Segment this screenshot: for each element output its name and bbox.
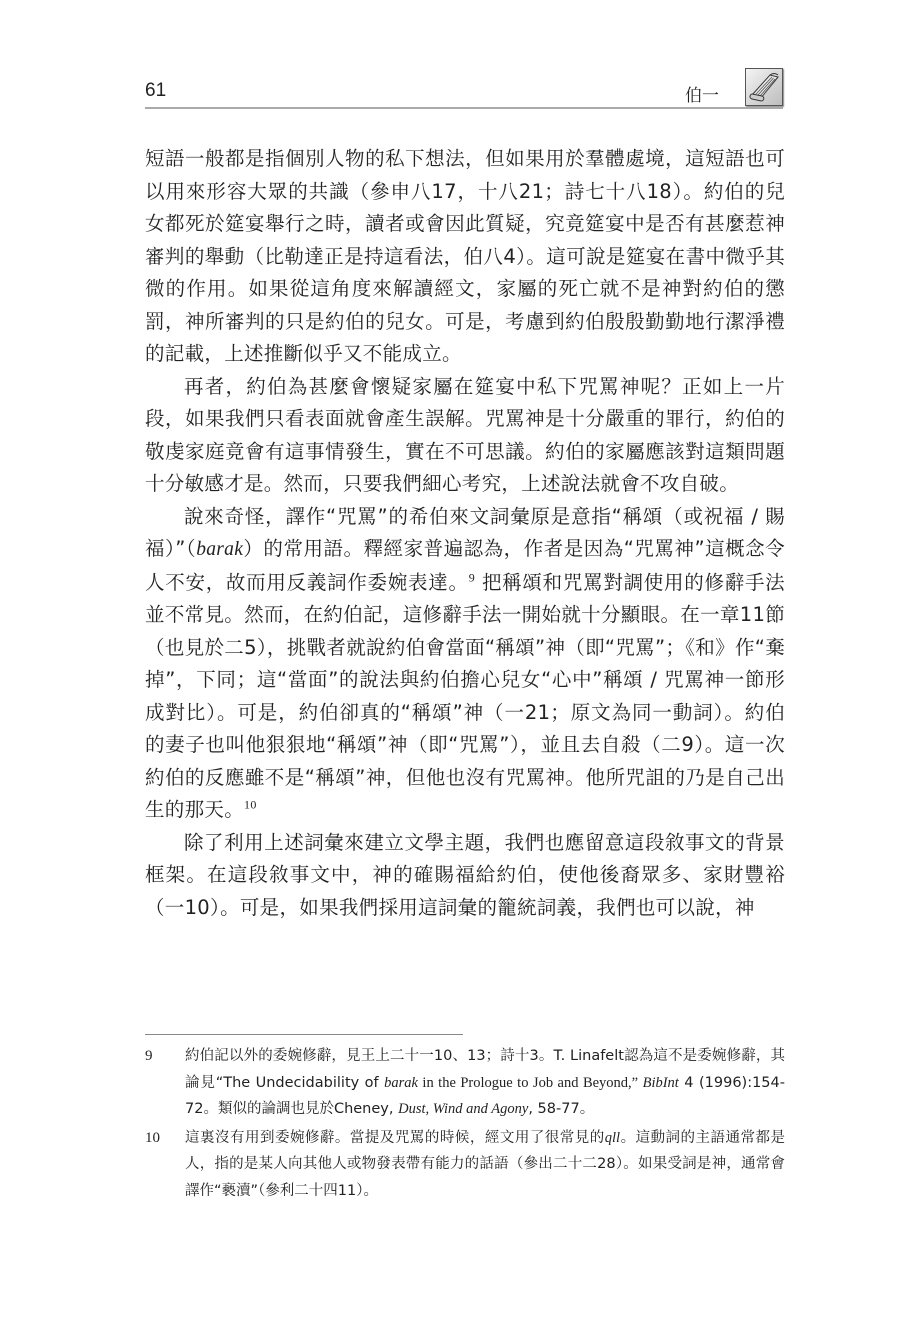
paragraph-4: 除了利用上述詞彙來建立文學主題，我們也應留意這段敘事文的背景框架。在這段敘事文中… [145, 827, 785, 925]
footnote-number: 9 [145, 1043, 185, 1123]
paragraph-1: 短語一般都是指個別人物的私下想法，但如果用於羣體處境，這短語也可以用來形容大眾的… [145, 143, 785, 371]
page-number: 61 [145, 80, 166, 102]
main-text: 短語一般都是指個別人物的私下想法，但如果用於羣體處境，這短語也可以用來形容大眾的… [145, 143, 785, 924]
header-rule [145, 107, 783, 109]
paragraph-3: 說來奇怪，譯作“咒罵”的希伯來文詞彙原是意指“稱頌（或祝福 / 賜福）”（bar… [145, 501, 785, 827]
footnote-text: 這裏沒有用到委婉修辭。當提及咒罵的時候，經文用了很常見的qll。這動詞的主語通常… [185, 1125, 785, 1205]
page-header: 61 伯一 [145, 68, 783, 108]
scroll-icon [745, 68, 783, 106]
footnote-rule [145, 1034, 463, 1035]
paragraph-2: 再者，約伯為甚麼會懷疑家屬在筵宴中私下咒罵神呢？正如上一片段，如果我們只看表面就… [145, 371, 785, 501]
running-head: 伯一 [685, 81, 719, 106]
italic-term: barak [196, 539, 243, 560]
footnote-ref-10[interactable]: 10 [244, 798, 257, 812]
footnote-text: 約伯記以外的委婉修辭，見王上二十一10、13；詩十3。T. Linafelt認為… [185, 1043, 785, 1123]
footnote-number: 10 [145, 1125, 185, 1205]
footnote-9: 9 約伯記以外的委婉修辭，見王上二十一10、13；詩十3。T. Linafelt… [145, 1043, 785, 1123]
footnote-10: 10 這裏沒有用到委婉修辭。當提及咒罵的時候，經文用了很常見的qll。這動詞的主… [145, 1125, 785, 1205]
footnotes: 9 約伯記以外的委婉修辭，見王上二十一10、13；詩十3。T. Linafelt… [145, 1043, 785, 1206]
